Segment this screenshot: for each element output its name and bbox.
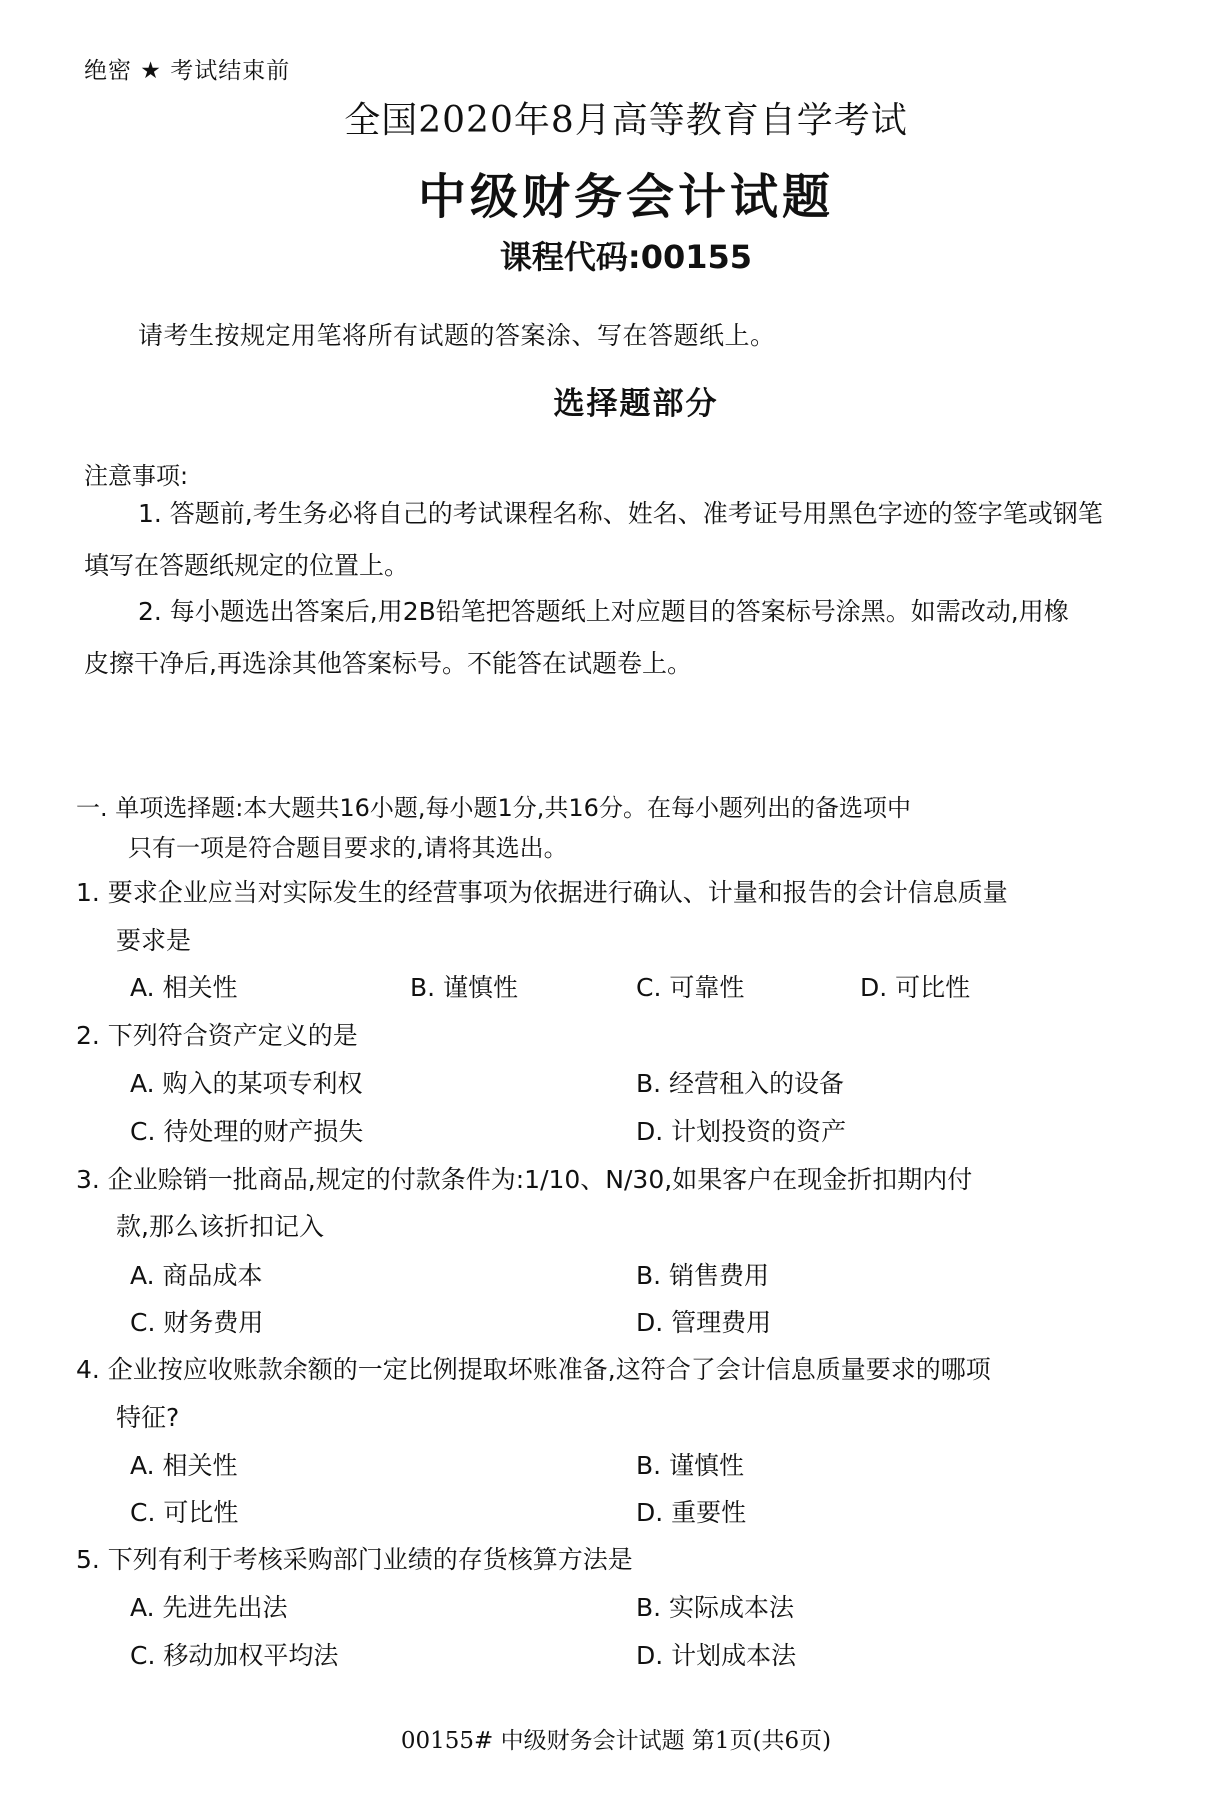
- question-stem: 2. 下列符合资产定义的是: [76, 1016, 358, 1052]
- option-b: B. 实际成本法: [636, 1588, 794, 1624]
- part-heading-line: 一. 单项选择题:本大题共16小题,每小题1分,共16分。在每小题列出的备选项中: [76, 788, 1156, 828]
- option-b: B. 谨慎性: [410, 968, 518, 1004]
- option-c: C. 移动加权平均法: [130, 1636, 338, 1672]
- option-a: A. 购入的某项专利权: [130, 1064, 363, 1100]
- option-d: D. 计划投资的资产: [636, 1112, 846, 1148]
- part-one-heading: 一. 单项选择题:本大题共16小题,每小题1分,共16分。在每小题列出的备选项中…: [76, 788, 1156, 868]
- option-d: D. 管理费用: [636, 1303, 771, 1339]
- option-d: D. 计划成本法: [636, 1636, 796, 1672]
- option-a: A. 相关性: [130, 1446, 238, 1482]
- question-stem-cont: 款,那么该折扣记入: [116, 1207, 324, 1243]
- note-item: 2. 每小题选出答案后,用2B铅笔把答题纸上对应题目的答案标号涂黑。如需改动,用…: [84, 586, 1194, 690]
- exam-title: 全国2020年8月高等教育自学考试: [0, 92, 1212, 143]
- section-title: 选择题部分: [0, 378, 1212, 423]
- option-c: C. 待处理的财产损失: [130, 1112, 363, 1148]
- option-a: A. 商品成本: [130, 1256, 263, 1292]
- notes-heading: 注意事项:: [84, 456, 188, 491]
- option-c: C. 财务费用: [130, 1303, 263, 1339]
- option-b: B. 销售费用: [636, 1256, 769, 1292]
- confidential-mark: 绝密 ★ 考试结束前: [84, 52, 290, 85]
- note-line: 1. 答题前,考生务必将自己的考试课程名称、姓名、准考证号用黑色字迹的签字笔或钢…: [84, 488, 1194, 540]
- option-b: B. 经营租入的设备: [636, 1064, 844, 1100]
- question-stem: 5. 下列有利于考核采购部门业绩的存货核算方法是: [76, 1540, 633, 1576]
- note-line: 填写在答题纸规定的位置上。: [84, 540, 1194, 592]
- course-code: 课程代码:00155: [0, 232, 1212, 278]
- paper-title: 中级财务会计试题: [0, 158, 1212, 227]
- part-heading-line: 只有一项是符合题目要求的,请将其选出。: [76, 828, 1156, 868]
- option-c: C. 可靠性: [636, 968, 744, 1004]
- option-c: C. 可比性: [130, 1493, 238, 1529]
- page-footer: 00155# 中级财务会计试题 第1页(共6页): [0, 1722, 1212, 1755]
- option-d: D. 重要性: [636, 1493, 746, 1529]
- general-instruction: 请考生按规定用笔将所有试题的答案涂、写在答题纸上。: [138, 316, 776, 352]
- question-stem-cont: 要求是: [116, 921, 191, 957]
- option-d: D. 可比性: [860, 968, 970, 1004]
- question-stem: 4. 企业按应收账款余额的一定比例提取坏账准备,这符合了会计信息质量要求的哪项: [76, 1350, 991, 1386]
- option-a: A. 相关性: [130, 968, 238, 1004]
- note-line: 皮擦干净后,再选涂其他答案标号。不能答在试题卷上。: [84, 638, 1194, 690]
- option-a: A. 先进先出法: [130, 1588, 288, 1624]
- note-item: 1. 答题前,考生务必将自己的考试课程名称、姓名、准考证号用黑色字迹的签字笔或钢…: [84, 488, 1194, 592]
- note-line: 2. 每小题选出答案后,用2B铅笔把答题纸上对应题目的答案标号涂黑。如需改动,用…: [84, 586, 1194, 638]
- question-stem: 1. 要求企业应当对实际发生的经营事项为依据进行确认、计量和报告的会计信息质量: [76, 873, 1008, 909]
- question-stem: 3. 企业赊销一批商品,规定的付款条件为:1/10、N/30,如果客户在现金折扣…: [76, 1160, 972, 1196]
- question-stem-cont: 特征?: [116, 1398, 179, 1434]
- option-b: B. 谨慎性: [636, 1446, 744, 1482]
